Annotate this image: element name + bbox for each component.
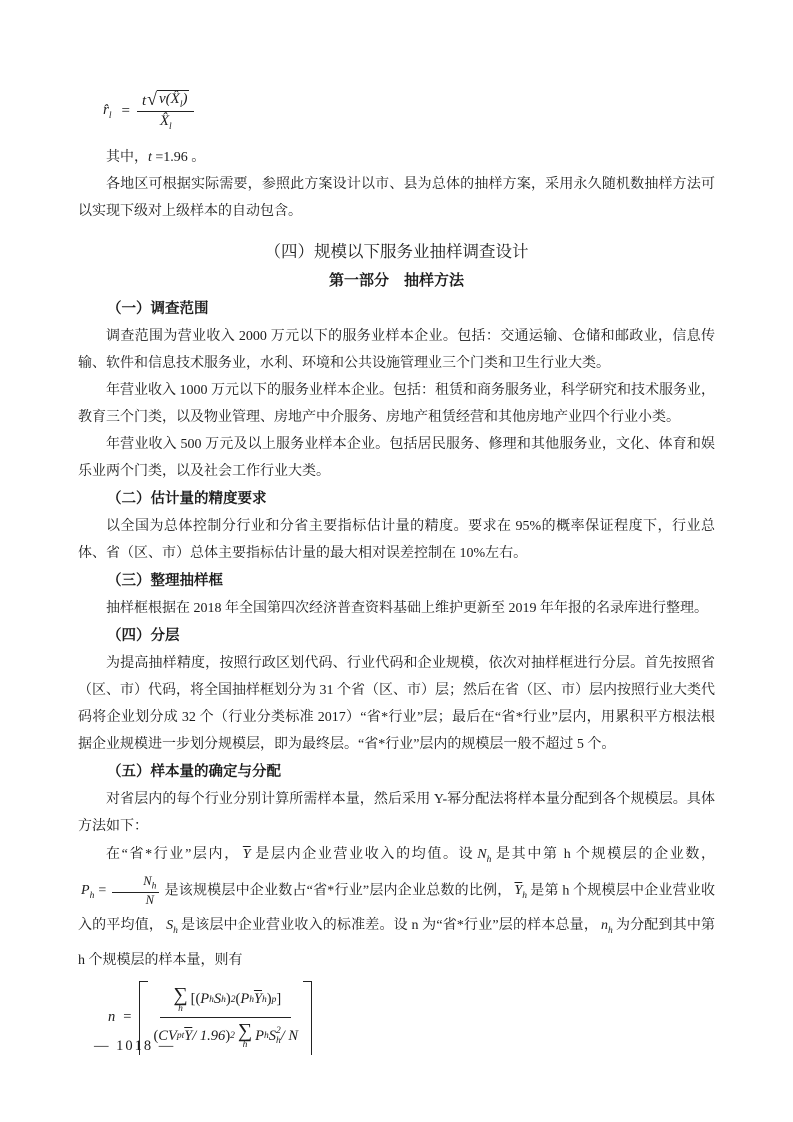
formula-relative-error: r̂l = t √ v(X̂l) X̂l: [78, 78, 715, 144]
part-subtitle: 第一部分 抽样方法: [78, 267, 715, 295]
text-run: 是其中第 h 个规模层的企业数，: [494, 847, 715, 862]
paragraph: 调查范围为营业收入 2000 万元以下的服务业样本企业。包括：交通运输、仓储和邮…: [78, 323, 715, 377]
paragraph: 以全国为总体控制分行业和分省主要指标估计量的精度。要求在 95%的概率保证程度下…: [78, 513, 715, 567]
math-nh: nh: [601, 918, 613, 933]
sub-sup-stack: 2h: [276, 1027, 281, 1047]
paragraph-regions: 各地区可根据实际需要，参照此方案设计以市、县为总体的抽样方案，采用永久随机数抽样…: [78, 171, 715, 225]
page-content: r̂l = t √ v(X̂l) X̂l 其中，t =1.96 。 各地区可根据…: [78, 78, 715, 1061]
math-ybar-h: Yh: [514, 883, 527, 898]
paragraph: 年营业收入 500 万元及以上服务业样本企业。包括居民服务、修理和其他服务业，文…: [78, 431, 715, 485]
equals-sign: =: [123, 1009, 131, 1026]
paragraph: 抽样框根据在 2018 年全国第四次经济普查资料基础上维护更新至 2019 年年…: [78, 595, 715, 622]
radicand: v(X̂l): [157, 90, 189, 110]
math-t: t: [148, 150, 152, 165]
fraction-numerator: t √ v(X̂l): [137, 90, 195, 112]
text-run: 其中，: [106, 150, 148, 165]
fraction-denominator: X̂l: [160, 112, 172, 132]
section-heading-survey-scope: （一）调查范围: [78, 295, 715, 323]
fraction-numerator: ∑h[(PhSh)2(PhYh)p]: [160, 985, 291, 1019]
text-run: 是层内企业营业收入的均值。设: [254, 847, 475, 862]
fraction: t √ v(X̂l) X̂l: [137, 90, 195, 132]
math-t: t: [142, 93, 146, 110]
paragraph-where-t: 其中，t =1.96 。: [78, 144, 715, 171]
text-run: 是该层中企业营业收入的标准差。设 n 为“省*行业”层的样本总量，: [181, 918, 598, 933]
text-run: 。: [191, 150, 205, 165]
section-heading-sampling-frame: （三）整理抽样框: [78, 567, 715, 595]
math-ybar: Y: [243, 847, 251, 862]
section-heading-sample-size: （五）样本量的确定与分配: [78, 758, 715, 786]
page-number: — 1018 —: [94, 1038, 175, 1055]
summation: ∑h: [238, 1021, 252, 1051]
text-run: 在“省*行业”层内，: [106, 847, 240, 862]
section-heading-precision: （二）估计量的精度要求: [78, 485, 715, 513]
paragraph-math-definitions: 在“省*行业”层内，Y是层内企业营业收入的均值。设Nh是其中第 h 个规模层的企…: [78, 840, 715, 975]
summation: ∑h: [173, 985, 187, 1015]
paragraph: 对省层内的每个行业分别计算所需样本量，然后采用 Y-幂分配法将样本量分配到各个规…: [78, 786, 715, 840]
ceiling-right-bracket: [303, 981, 312, 1055]
math-Sh: Sh: [166, 918, 178, 933]
radical-sign: √: [147, 90, 157, 108]
paragraph: 年营业收入 1000 万元以下的服务业样本企业。包括：租赁和商务服务业，科学研究…: [78, 377, 715, 431]
math-r-hat: r̂l: [103, 102, 111, 121]
math-n: n: [108, 1009, 115, 1026]
text-run: =1.96: [155, 150, 187, 165]
section-heading-stratification: （四）分层: [78, 622, 715, 650]
document-title: （四）规模以下服务业抽样调查设计: [78, 237, 715, 267]
document-page: { "page": { "footer": "— 1018 —" }, "for…: [0, 0, 793, 1122]
equals-sign: =: [121, 103, 129, 120]
radical: √ v(X̂l): [147, 90, 189, 110]
text-run: 是该规模层中企业数占“省*行业”层内企业总数的比例，: [164, 883, 511, 898]
math-Ph-fraction: Ph=NhN: [81, 883, 161, 898]
paragraph: 为提高抽样精度，按照行政区划代码、行业代码和企业规模，依次对抽样框进行分层。首先…: [78, 650, 715, 758]
math-Nh: Nh: [477, 847, 491, 862]
